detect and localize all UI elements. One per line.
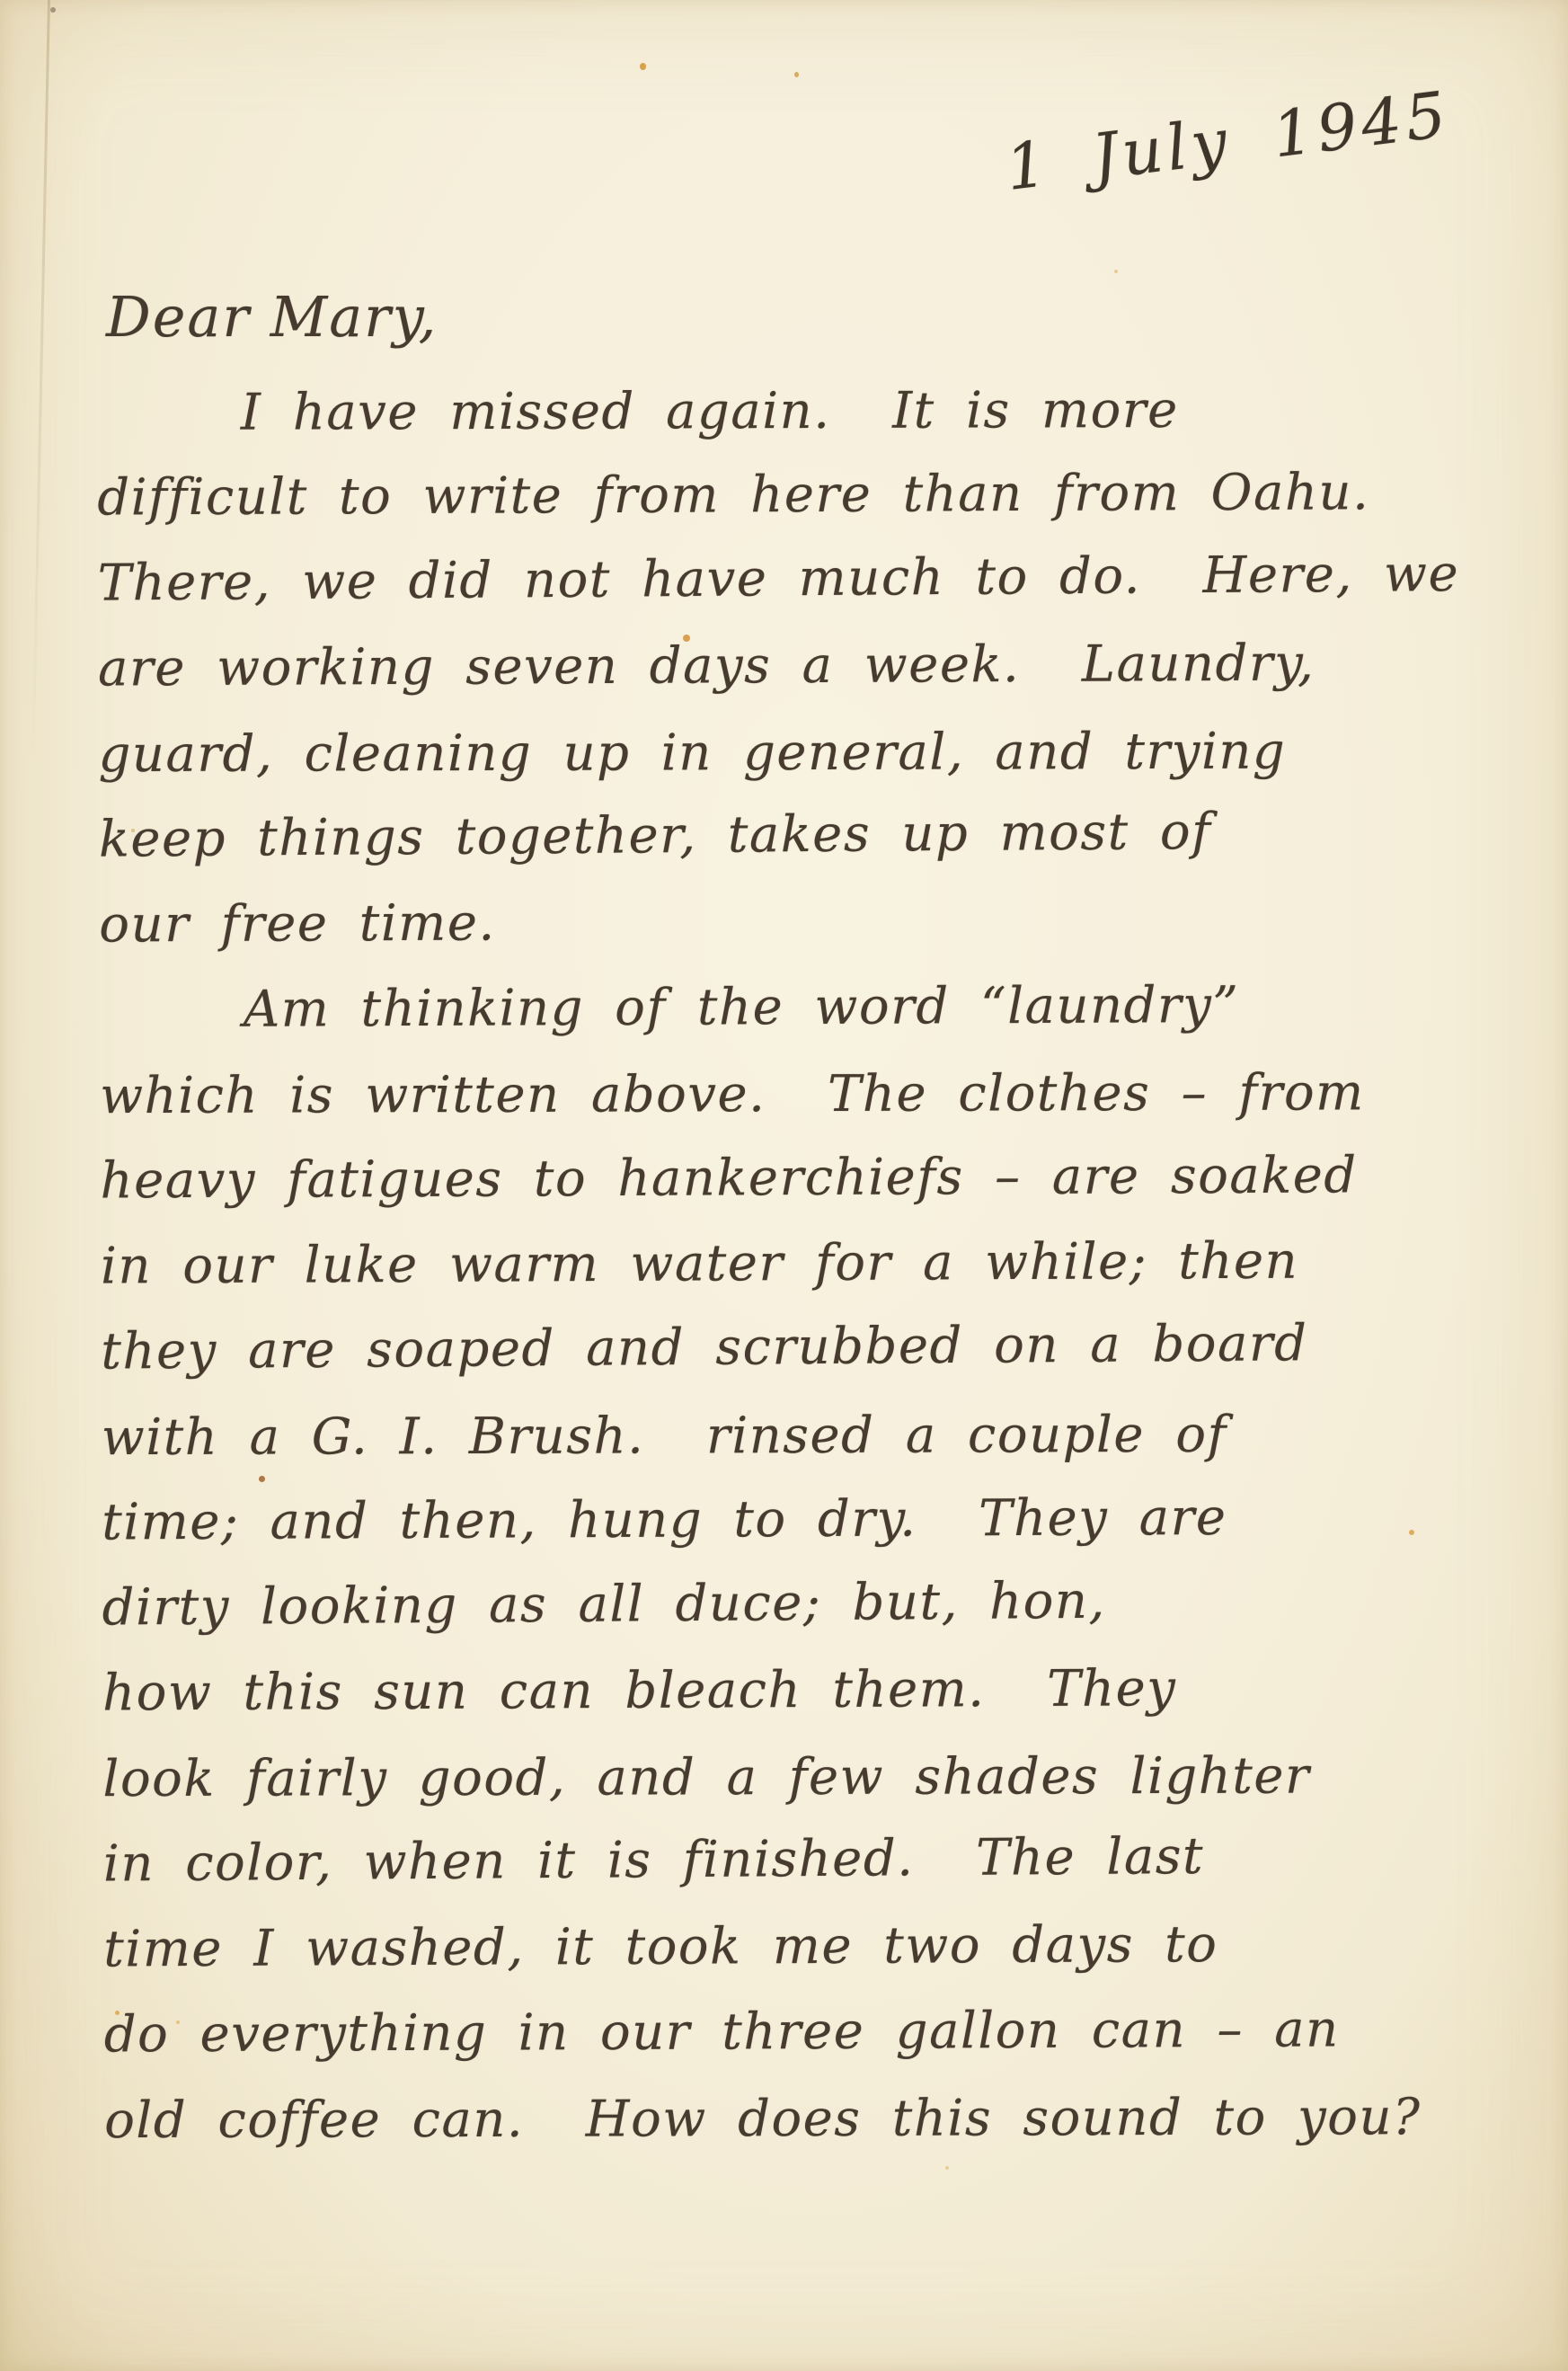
letter-line: which is written above. The clothes – fr…	[100, 1050, 1531, 1139]
letter-line: are working seven days a week. Laundry,	[98, 620, 1529, 712]
letter-body: I have missed again. It is more difficul…	[97, 364, 1537, 2163]
letter-line: they are soaped and scrubbed on a board	[101, 1299, 1533, 1394]
foxing-spot	[640, 63, 646, 70]
letter-line: keep things together, takes up most of	[99, 786, 1531, 882]
letter-line: time I washed, it took me two days to	[103, 1901, 1535, 1993]
letter-line: time; and then, hung to dry. They are	[102, 1474, 1533, 1566]
letter-line: in our luke warm water for a while; then	[101, 1218, 1532, 1310]
foxing-spot	[1114, 270, 1118, 273]
letter-line: dirty looking as all duce; but, hon,	[102, 1555, 1534, 1650]
letter-line: I have missed again. It is more	[97, 367, 1528, 456]
letter-line: There, we did not have much to do. Here,…	[97, 530, 1529, 626]
paper-crease	[31, 0, 50, 773]
letter-line: Am thinking of the word “laundry”	[100, 962, 1531, 1053]
letter-line: with a G. I. Brush. rinsed a couple of	[102, 1391, 1533, 1480]
letter-line: old coffee can. How does this sound to y…	[104, 2074, 1536, 2163]
letter-salutation: Dear Mary,	[106, 284, 438, 350]
letter-line: our free time.	[99, 876, 1530, 968]
letter-date: 1 July 1945	[1002, 77, 1455, 205]
letter-line: difficult to write from here than from O…	[97, 449, 1528, 541]
paper-speck	[50, 7, 56, 13]
foxing-spot	[794, 72, 799, 77]
letter-line: guard, cleaning up in general, and tryin…	[98, 708, 1529, 797]
foxing-spot	[945, 2166, 949, 2170]
letter-page: 1 July 1945 Dear Mary, I have missed aga…	[0, 0, 1568, 2371]
letter-line: in color, when it is finished. The last	[103, 1811, 1536, 1906]
letter-line: do everything in our three gallon can – …	[104, 1986, 1536, 2078]
letter-line: look fairly good, and a few shades light…	[102, 1733, 1534, 1822]
letter-line: how this sun can bleach them. They	[102, 1645, 1534, 1736]
letter-line: heavy fatigues to hankerchiefs – are soa…	[100, 1132, 1531, 1224]
